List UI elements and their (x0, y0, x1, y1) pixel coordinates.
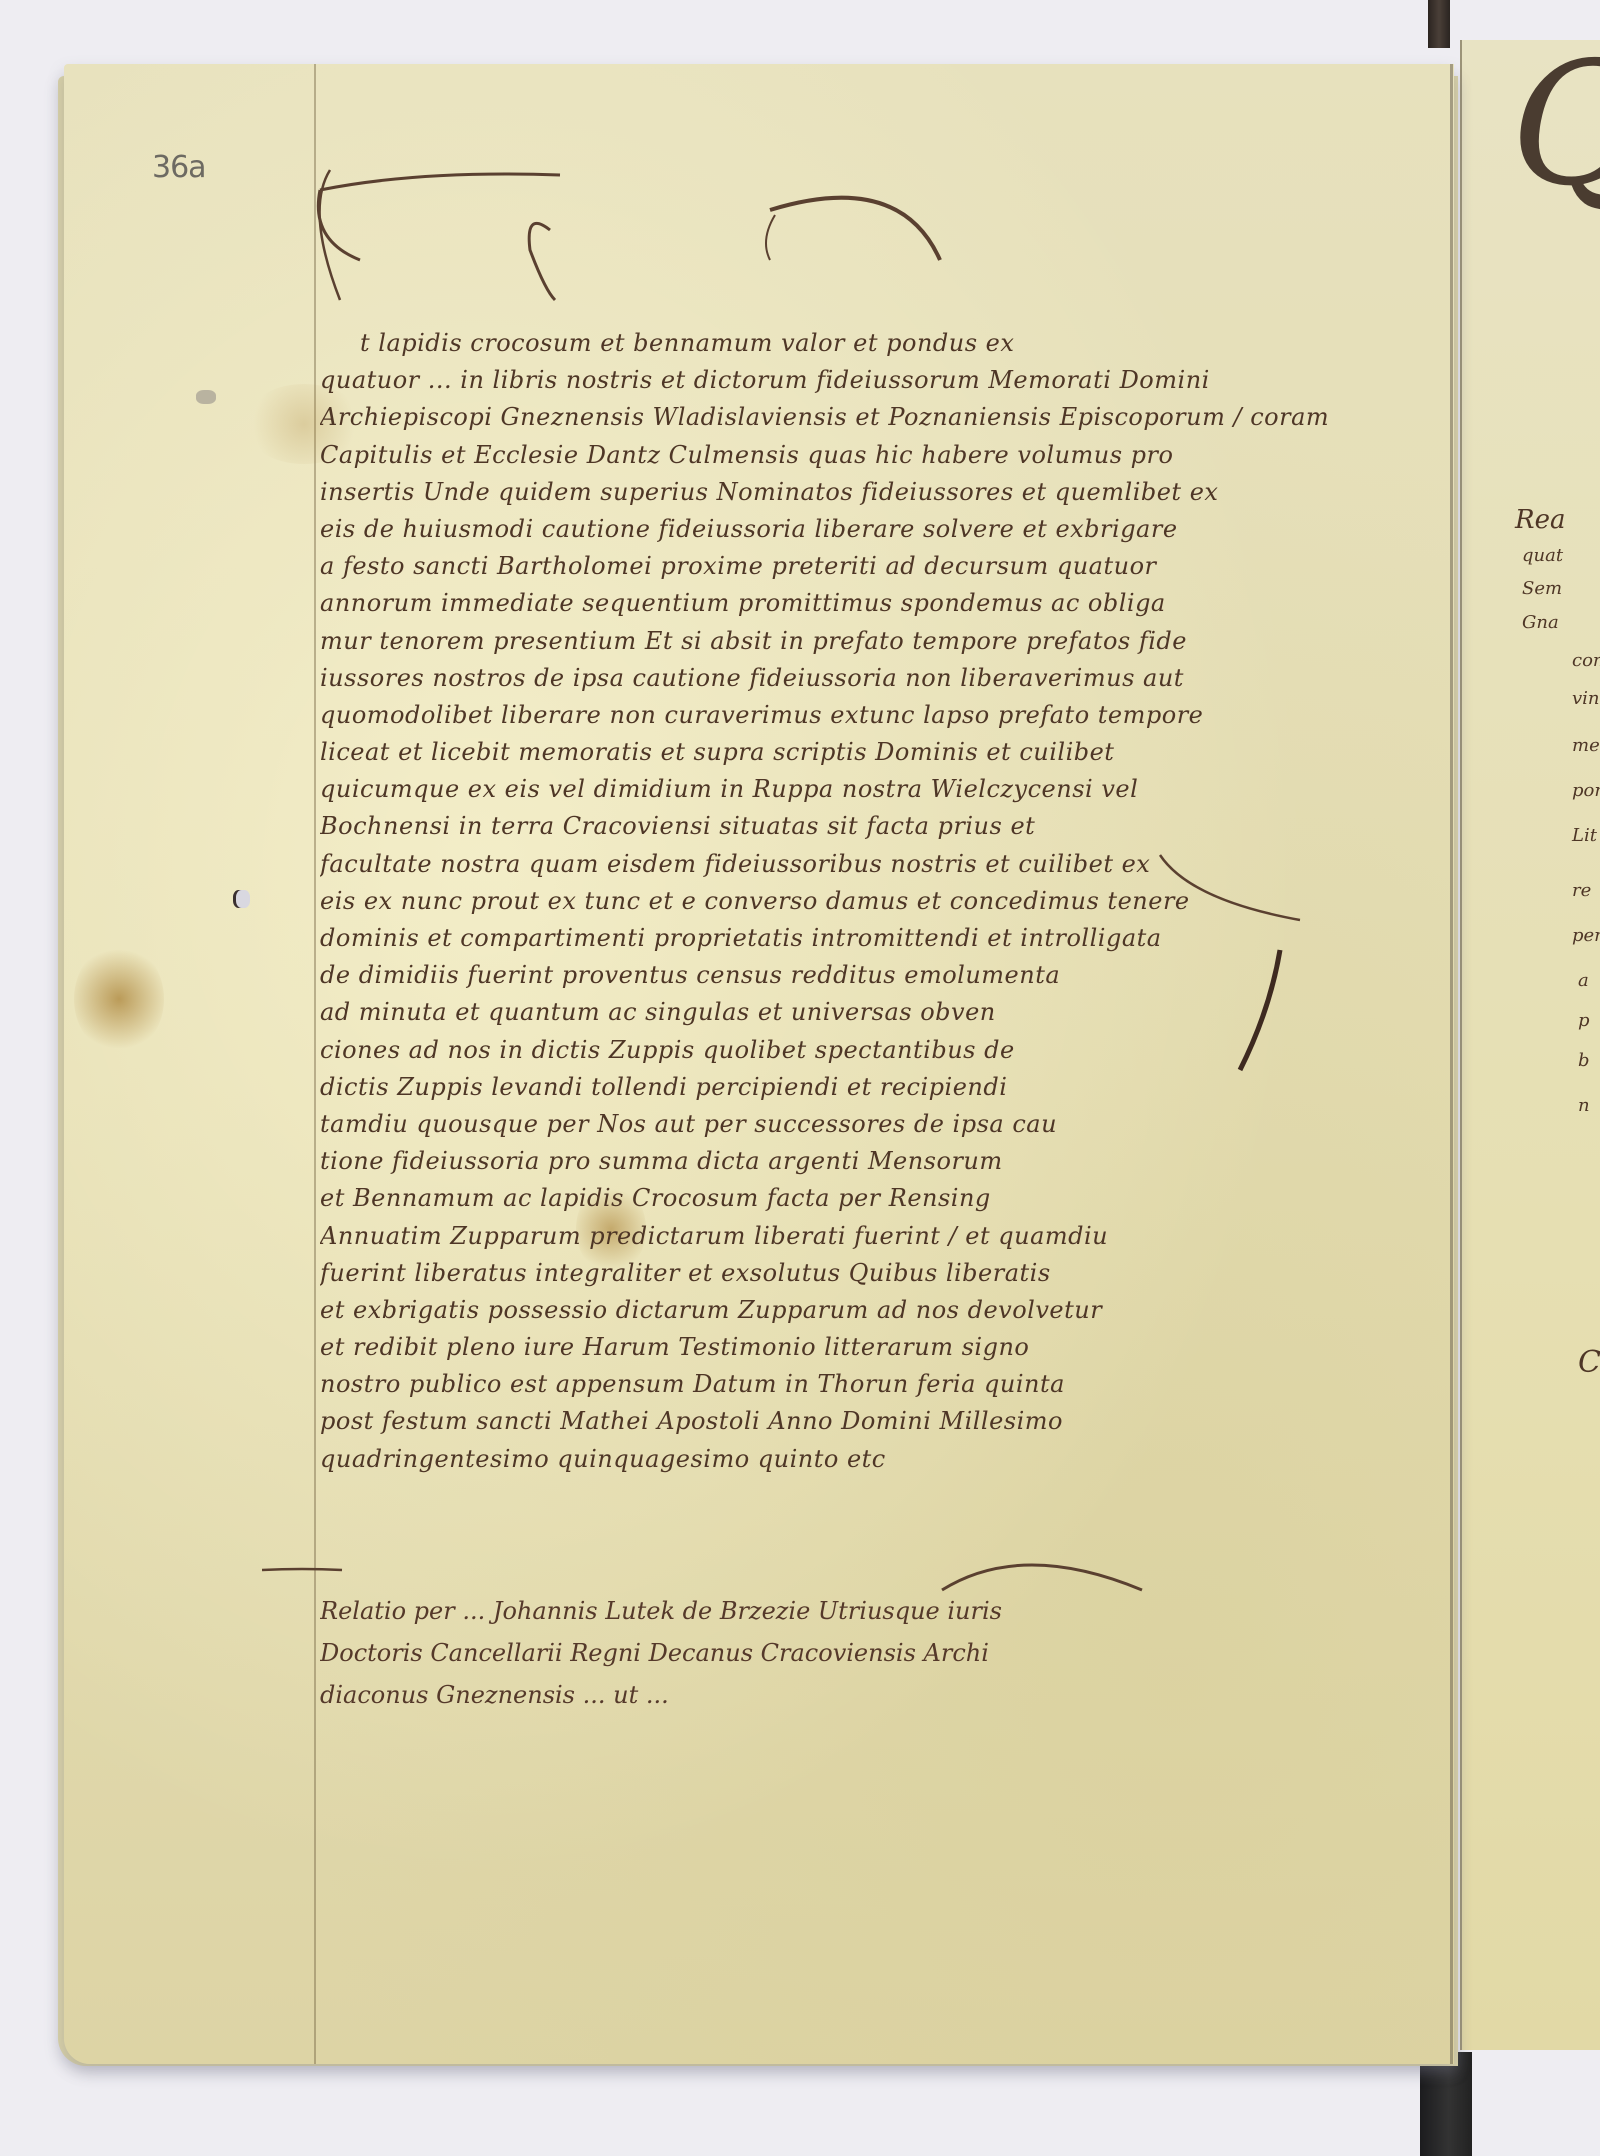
fold-line (314, 64, 316, 2064)
text-line: quatuor ... in libris nostris et dictoru… (320, 362, 1340, 399)
text-line: t lapidis crocosum et bennamum valor et … (320, 325, 1340, 362)
text-line: dictis Zuppis levandi tollendi percipien… (320, 1069, 1340, 1106)
water-stain (74, 944, 164, 1054)
facing-page-fragment: re (1572, 880, 1591, 901)
text-line: a festo sancti Bartholomei proxime prete… (320, 548, 1340, 585)
facing-page-fragment: com (1572, 650, 1600, 671)
note-line: Relatio per ... Johannis Lutek de Brzezi… (320, 1590, 1300, 1632)
text-line: quadringentesimo quinquagesimo quinto et… (320, 1441, 1340, 1478)
facing-page-fragment: vin (1572, 688, 1600, 709)
text-line: insertis Unde quidem superius Nominatos … (320, 474, 1340, 511)
text-line: Bochnensi in terra Cracoviensi situatas … (320, 808, 1340, 845)
facing-page-fragment: C (1578, 1345, 1600, 1380)
binding-strap-bottom (1420, 2052, 1472, 2156)
facing-page-fragment: Sem (1522, 578, 1562, 599)
decorated-initial: Q (1510, 40, 1600, 210)
folio-number: 36a (152, 150, 206, 185)
binding-strap-top (1428, 0, 1450, 48)
facing-page-fragment: per (1572, 925, 1600, 946)
facing-page-fragment: quat (1522, 545, 1563, 566)
facing-page-fragment: Rea (1515, 505, 1565, 535)
text-line: fuerint liberatus integraliter et exsolu… (320, 1255, 1340, 1292)
facing-page-fragment: por (1572, 780, 1600, 801)
facing-page-fragment: p (1578, 1010, 1590, 1031)
note-line: diaconus Gneznensis ... ut ... (320, 1674, 1300, 1716)
worm-hole (236, 890, 250, 908)
text-line: de dimidiis fuerint proventus census red… (320, 957, 1340, 994)
text-line: eis de huiusmodi cautione fideiussoria l… (320, 511, 1340, 548)
text-line: tamdiu quousque per Nos aut per successo… (320, 1106, 1340, 1143)
text-line: quomodolibet liberare non curaverimus ex… (320, 697, 1340, 734)
facing-page-fragment: a (1578, 970, 1589, 991)
text-line: Annuatim Zupparum predictarum liberati f… (320, 1218, 1340, 1255)
text-line: Archiepiscopi Gneznensis Wladislaviensis… (320, 399, 1340, 436)
text-line: iussores nostros de ipsa cautione fideiu… (320, 660, 1340, 697)
text-line: dominis et compartimenti proprietatis in… (320, 920, 1340, 957)
text-line: annorum immediate sequentium promittimus… (320, 585, 1340, 622)
text-line: liceat et licebit memoratis et supra scr… (320, 734, 1340, 771)
text-line: facultate nostra quam eisdem fideiussori… (320, 846, 1340, 883)
text-line: tione fideiussoria pro summa dicta argen… (320, 1143, 1340, 1180)
facing-page-fragment: Gna (1522, 612, 1559, 633)
text-line: mur tenorem presentium Et si absit in pr… (320, 623, 1340, 660)
facing-page-fragment: n (1578, 1095, 1590, 1116)
note-line: Doctoris Cancellarii Regni Decanus Craco… (320, 1632, 1300, 1674)
relator-note: Relatio per ... Johannis Lutek de Brzezi… (320, 1590, 1300, 1716)
text-line: nostro publico est appensum Datum in Tho… (320, 1366, 1340, 1403)
text-line: et redibit pleno iure Harum Testimonio l… (320, 1329, 1340, 1366)
text-line: eis ex nunc prout ex tunc et e converso … (320, 883, 1340, 920)
text-line: et exbrigatis possessio dictarum Zupparu… (320, 1292, 1340, 1329)
facing-page-fragment: me (1572, 735, 1600, 756)
facing-page-fragment: b (1578, 1050, 1590, 1071)
facing-page (1460, 40, 1600, 2050)
text-line: post festum sancti Mathei Apostoli Anno … (320, 1403, 1340, 1440)
text-line: ciones ad nos in dictis Zuppis quolibet … (320, 1032, 1340, 1069)
facing-page-fragment: Lit (1572, 825, 1597, 846)
text-line: et Bennamum ac lapidis Crocosum facta pe… (320, 1180, 1340, 1217)
gutter-line (1450, 64, 1453, 2064)
text-line: Capitulis et Ecclesie Dantz Culmensis qu… (320, 437, 1340, 474)
worm-hole (196, 390, 216, 404)
main-text-block: t lapidis crocosum et bennamum valor et … (320, 325, 1340, 1478)
text-line: quicumque ex eis vel dimidium in Ruppa n… (320, 771, 1340, 808)
text-line: ad minuta et quantum ac singulas et univ… (320, 994, 1340, 1031)
